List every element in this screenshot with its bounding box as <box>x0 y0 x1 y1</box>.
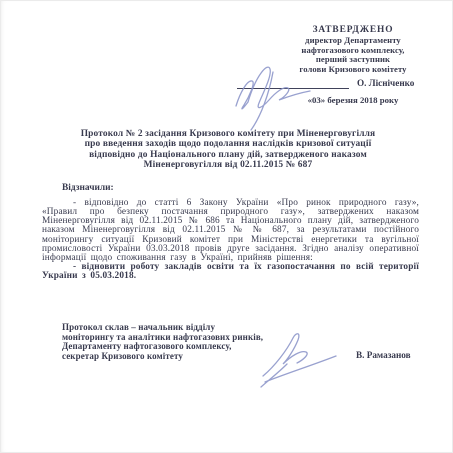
title-line: про введення заходів щодо подолання насл… <box>22 139 434 149</box>
title-line: Міненерговугілля від 02.11.2015 № 687 <box>22 160 434 170</box>
minutes-body: - відповідно до статті 6 Закону України … <box>42 199 419 281</box>
scanned-protocol-document: ЗАТВЕРДЖЕНО директор Департаменту нафтог… <box>0 0 453 453</box>
composer-line: секретар Кризового комітету <box>62 352 263 362</box>
noted-heading: Відзначили: <box>62 183 114 193</box>
composer-block: Протокол склав – начальник відділу моніт… <box>62 323 263 362</box>
secretary-signature-icon <box>256 326 342 390</box>
document-title: Протокол № 2 засідання Кризового комітет… <box>22 129 434 171</box>
decision-paragraph: - відновити роботу закладів освіти та їх… <box>42 263 419 281</box>
approver-name: О. Лісніченко <box>357 78 414 88</box>
title-line: Протокол № 2 засідання Кризового комітет… <box>22 129 434 139</box>
approval-header: ЗАТВЕРДЖЕНО <box>280 26 426 35</box>
secretary-name: В. Рамазанов <box>356 350 411 360</box>
title-line: відповідно до Національного плану дій, з… <box>22 150 434 160</box>
body-paragraph: - відповідно до статті 6 Закону України … <box>42 199 419 263</box>
approval-date: «03» березня 2018 року <box>280 95 426 105</box>
